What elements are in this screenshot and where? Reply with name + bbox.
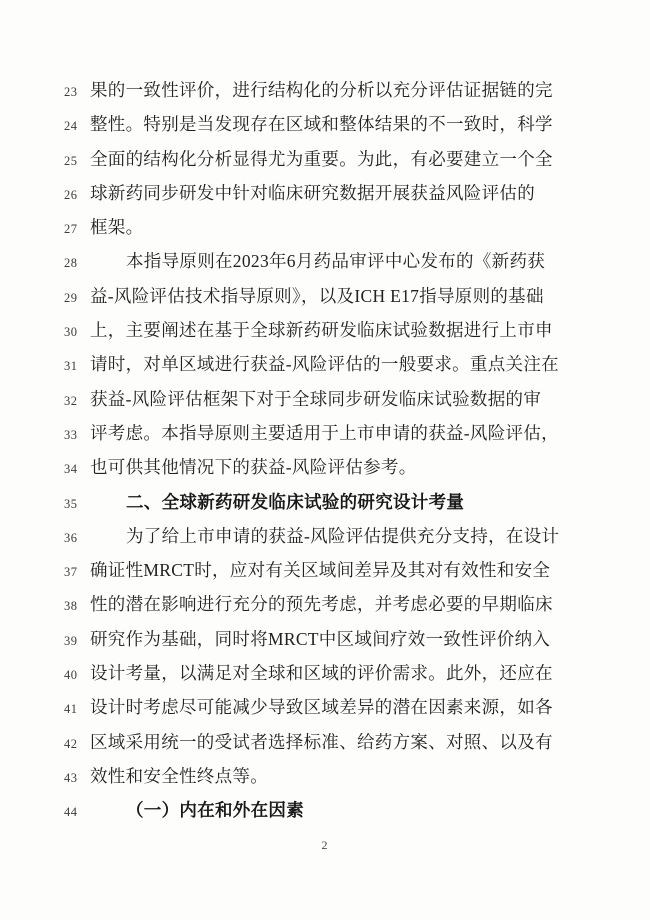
- line-number: 28: [64, 256, 90, 271]
- page-footer: 2: [0, 836, 650, 854]
- line-text: 研究作为基础，同时将MRCT中区域间疗效一致性评价纳入: [90, 629, 550, 649]
- line-number: 40: [64, 668, 90, 683]
- document-line: 32获益-风险评估框架下对于全球同步研发临床试验数据的审: [0, 389, 650, 423]
- line-number: 31: [64, 359, 90, 374]
- line-number: 32: [64, 394, 90, 409]
- line-number: 41: [64, 702, 90, 717]
- document-line: 27框架。: [0, 217, 650, 251]
- line-text: 获益-风险评估框架下对于全球同步研发临床试验数据的审: [90, 389, 541, 409]
- document-line: 43效性和安全性终点等。: [0, 766, 650, 800]
- line-number: 43: [64, 771, 90, 786]
- line-text: 请时，对单区域进行获益-风险评估的一般要求。重点关注在: [90, 354, 559, 374]
- document-line: 29益-风险评估技术指导原则》，以及ICH E17指导原则的基础: [0, 286, 650, 320]
- line-text: 益-风险评估技术指导原则》，以及ICH E17指导原则的基础: [90, 286, 544, 306]
- line-text: 上，主要阐述在基于全球新药研发临床试验数据进行上市申: [90, 320, 553, 340]
- document-line: 30上，主要阐述在基于全球新药研发临床试验数据进行上市申: [0, 320, 650, 354]
- line-text: 也可供其他情况下的获益-风险评估参考。: [90, 457, 417, 477]
- document-line: 44（一）内在和外在因素: [0, 800, 650, 834]
- line-text: 设计考量，以满足对全球和区域的评价需求。此外，还应在: [90, 663, 553, 683]
- section-heading: 二、全球新药研发临床试验的研究设计考量: [90, 492, 464, 512]
- line-number: 29: [64, 291, 90, 306]
- line-text: 全面的结构化分析显得尤为重要。为此，有必要建立一个全: [90, 149, 553, 169]
- document-line: 40设计考量，以满足对全球和区域的评价需求。此外，还应在: [0, 663, 650, 697]
- line-text: 区域采用统一的受试者选择标准、给药方案、对照、以及有: [90, 732, 553, 752]
- line-text: 为了给上市申请的获益-风险评估提供充分支持，在设计: [90, 526, 559, 546]
- line-number: 26: [64, 188, 90, 203]
- line-number: 24: [64, 119, 90, 134]
- line-text: 评考虑。本指导原则主要适用于上市申请的获益-风险评估，: [90, 423, 559, 443]
- line-number: 38: [64, 599, 90, 614]
- document-body: 23果的一致性评价，进行结构化的分析以充分评估证据链的完24整性。特别是当发现存…: [0, 80, 650, 835]
- line-text: 本指导原则在2023年6月药品审评中心发布的《新药获: [90, 251, 545, 271]
- line-number: 25: [64, 154, 90, 169]
- document-line: 39研究作为基础，同时将MRCT中区域间疗效一致性评价纳入: [0, 629, 650, 663]
- document-line: 28本指导原则在2023年6月药品审评中心发布的《新药获: [0, 251, 650, 285]
- line-text: 球新药同步研发中针对临床研究数据开展获益风险评估的: [90, 183, 535, 203]
- line-number: 39: [64, 634, 90, 649]
- line-number: 44: [64, 805, 90, 820]
- document-line: 41设计时考虑尽可能减少导致区域差异的潜在因素来源，如各: [0, 697, 650, 731]
- line-number: 30: [64, 325, 90, 340]
- line-text: 果的一致性评价，进行结构化的分析以充分评估证据链的完: [90, 80, 553, 100]
- document-page: 23果的一致性评价，进行结构化的分析以充分评估证据链的完24整性。特别是当发现存…: [0, 0, 650, 920]
- document-line: 25全面的结构化分析显得尤为重要。为此，有必要建立一个全: [0, 149, 650, 183]
- document-line: 36为了给上市申请的获益-风险评估提供充分支持，在设计: [0, 526, 650, 560]
- document-line: 26球新药同步研发中针对临床研究数据开展获益风险评估的: [0, 183, 650, 217]
- document-line: 34也可供其他情况下的获益-风险评估参考。: [0, 457, 650, 491]
- line-text: 效性和安全性终点等。: [90, 766, 268, 786]
- line-number: 27: [64, 222, 90, 237]
- line-number: 23: [64, 85, 90, 100]
- line-text: 框架。: [90, 217, 143, 237]
- line-number: 34: [64, 462, 90, 477]
- document-line: 33评考虑。本指导原则主要适用于上市申请的获益-风险评估，: [0, 423, 650, 457]
- line-text: 性的潜在影响进行充分的预先考虑，并考虑必要的早期临床: [90, 594, 553, 614]
- document-line: 24整性。特别是当发现存在区域和整体结果的不一致时，科学: [0, 114, 650, 148]
- document-line: 42区域采用统一的受试者选择标准、给药方案、对照、以及有: [0, 732, 650, 766]
- document-line: 31请时，对单区域进行获益-风险评估的一般要求。重点关注在: [0, 354, 650, 388]
- document-line: 38性的潜在影响进行充分的预先考虑，并考虑必要的早期临床: [0, 594, 650, 628]
- document-line: 23果的一致性评价，进行结构化的分析以充分评估证据链的完: [0, 80, 650, 114]
- line-number: 35: [64, 497, 90, 512]
- line-number: 42: [64, 737, 90, 752]
- document-line: 35二、全球新药研发临床试验的研究设计考量: [0, 492, 650, 526]
- line-number: 33: [64, 428, 90, 443]
- line-text: 确证性MRCT时，应对有关区域间差异及其对有效性和安全: [90, 560, 550, 580]
- line-number: 36: [64, 531, 90, 546]
- line-number: 37: [64, 565, 90, 580]
- page-number: 2: [322, 838, 329, 852]
- line-text: 整性。特别是当发现存在区域和整体结果的不一致时，科学: [90, 114, 553, 134]
- document-line: 37确证性MRCT时，应对有关区域间差异及其对有效性和安全: [0, 560, 650, 594]
- subsection-heading: （一）内在和外在因素: [90, 800, 304, 820]
- line-text: 设计时考虑尽可能减少导致区域差异的潜在因素来源，如各: [90, 697, 553, 717]
